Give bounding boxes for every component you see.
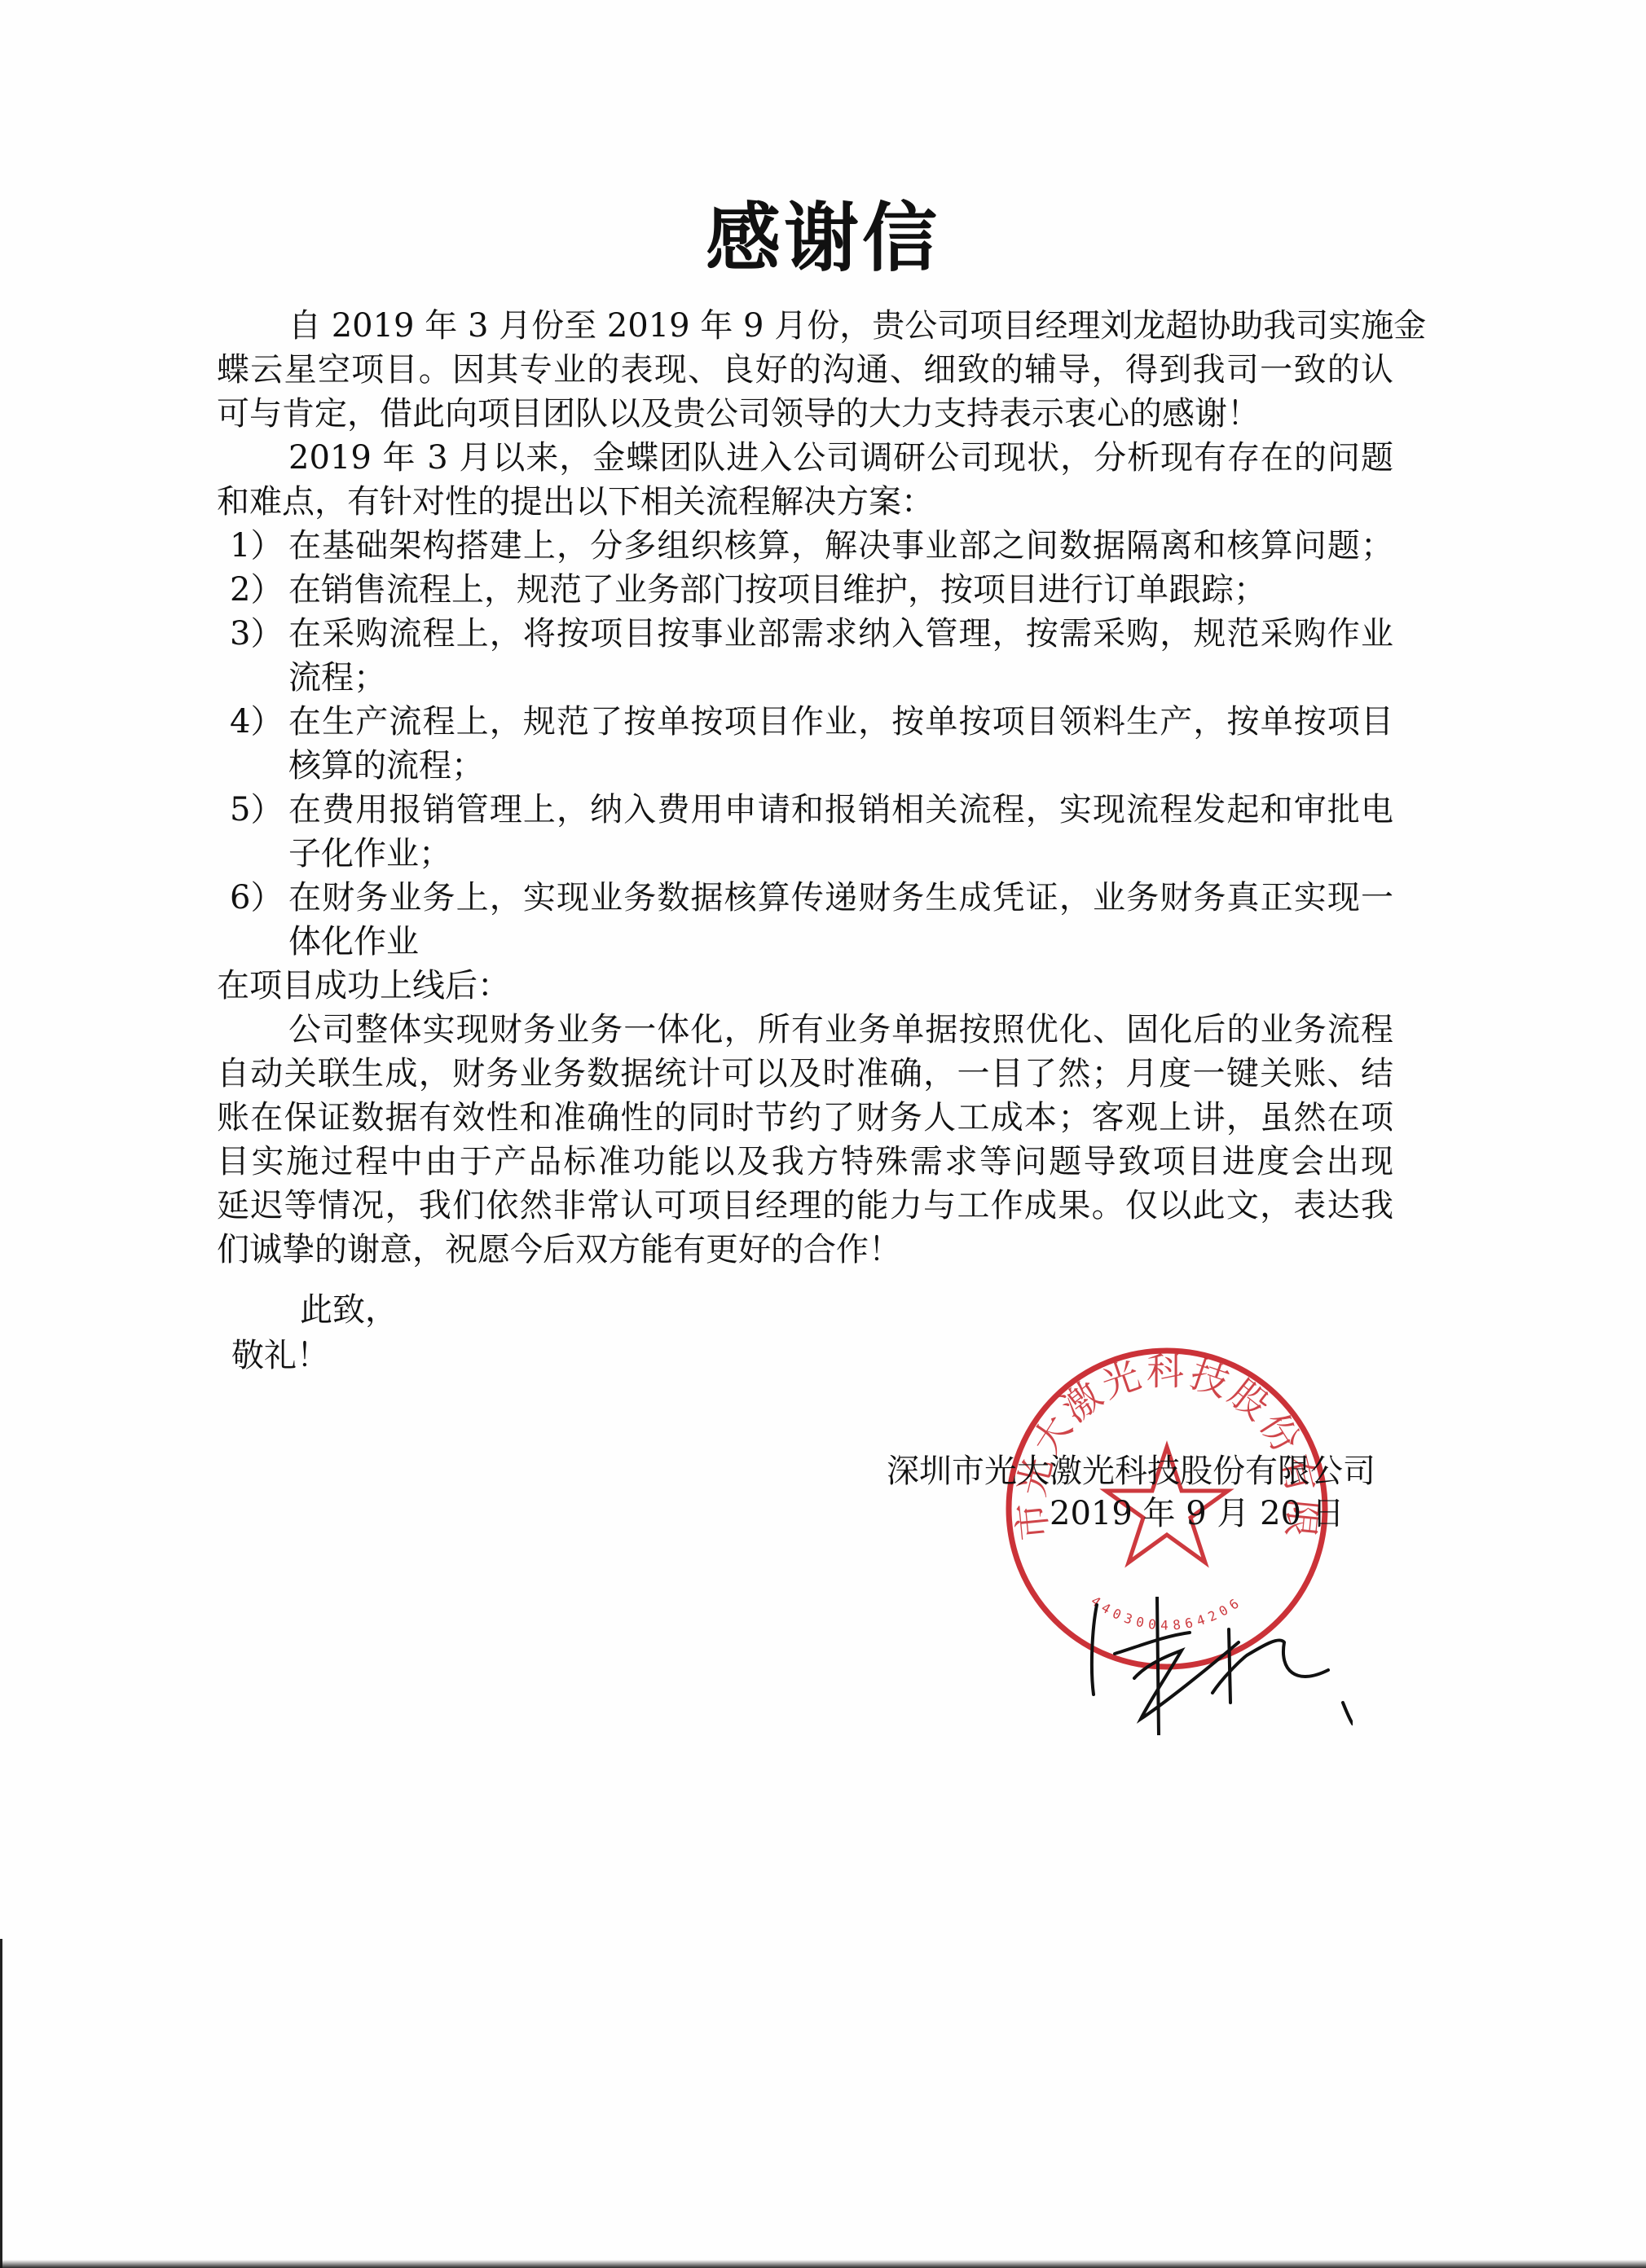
intro-line-1: 自 2019 年 3 月份至 2019 年 9 月份，贵公司项目经理刘龙超协助我…	[288, 303, 1393, 349]
results-line-1: 公司整体实现财务业务一体化，所有业务单据按照优化、固化后的业务流程	[288, 1007, 1393, 1053]
handwritten-signature	[1084, 1597, 1353, 1735]
list-item-text-cont: 子化作业；	[288, 831, 451, 877]
results-line-6: 们诚挚的谢意，祝愿今后双方能有更好的合作！	[217, 1227, 901, 1272]
list-item-number: 1）	[230, 523, 283, 569]
scan-edge-shadow-left	[0, 1939, 2, 2268]
list-item-number: 3）	[230, 611, 283, 657]
list-item-number: 6）	[230, 875, 283, 921]
signature-date: 2019 年 9 月 20 日	[1050, 1491, 1345, 1536]
results-line-3: 账在保证数据有效性和准确性的同时节约了财务人工成本；客观上讲，虽然在项	[217, 1095, 1393, 1141]
intro-line-3: 可与肯定，借此向项目团队以及贵公司领导的大力支持表示衷心的感谢！	[217, 391, 1260, 437]
closing-regards: 敬礼！	[231, 1333, 329, 1378]
list-item-text: 在销售流程上，规范了业务部门按项目维护，按项目进行订单跟踪；	[288, 567, 1266, 613]
list-item-text: 在费用报销管理上，纳入费用申请和报销相关流程，实现流程发起和审批电	[288, 787, 1393, 833]
list-item-text: 在生产流程上，规范了按单按项目作业，按单按项目领料生产，按单按项目	[288, 699, 1393, 745]
list-item-text-cont: 体化作业	[288, 919, 419, 965]
scan-edge-shadow-bottom	[0, 2260, 1646, 2268]
list-item-text: 在财务业务上，实现业务数据核算传递财务生成凭证，业务财务真正实现一	[288, 875, 1393, 921]
results-line-5: 延迟等情况，我们依然非常认可项目经理的能力与工作成果。仅以此文，表达我	[217, 1183, 1393, 1228]
list-item-text: 在基础架构搭建上，分多组织核算，解决事业部之间数据隔离和核算问题；	[288, 523, 1393, 569]
list-item-text-cont: 核算的流程；	[288, 743, 484, 789]
scanned-letter-page: 感谢信 自 2019 年 3 月份至 2019 年 9 月份，贵公司项目经理刘龙…	[0, 0, 1646, 2268]
background-line-2: 和难点，有针对性的提出以下相关流程解决方案：	[217, 479, 934, 525]
list-item-text: 在采购流程上，将按项目按事业部需求纳入管理，按需采购，规范采购作业	[288, 611, 1393, 657]
results-line-2: 自动关联生成，财务业务数据统计可以及时准确，一目了然；月度一键关账、结	[217, 1051, 1393, 1097]
background-line-1: 2019 年 3 月以来，金蝶团队进入公司调研公司现状，分析现有存在的问题	[288, 435, 1393, 481]
closing-salutation: 此致，	[300, 1287, 398, 1333]
signatory-company: 深圳市光大激光科技股份有限公司	[887, 1448, 1375, 1494]
list-item-number: 5）	[230, 787, 283, 833]
after-launch-heading: 在项目成功上线后：	[217, 963, 510, 1009]
intro-line-2: 蝶云星空项目。因其专业的表现、良好的沟通、细致的辅导，得到我司一致的认	[217, 347, 1393, 393]
list-item-text-cont: 流程；	[288, 655, 386, 701]
letter-title: 感谢信	[0, 194, 1646, 283]
list-item-number: 2）	[230, 567, 283, 613]
results-line-4: 目实施过程中由于产品标准功能以及我方特殊需求等问题导致项目进度会出现	[217, 1139, 1393, 1185]
list-item-number: 4）	[230, 699, 283, 745]
